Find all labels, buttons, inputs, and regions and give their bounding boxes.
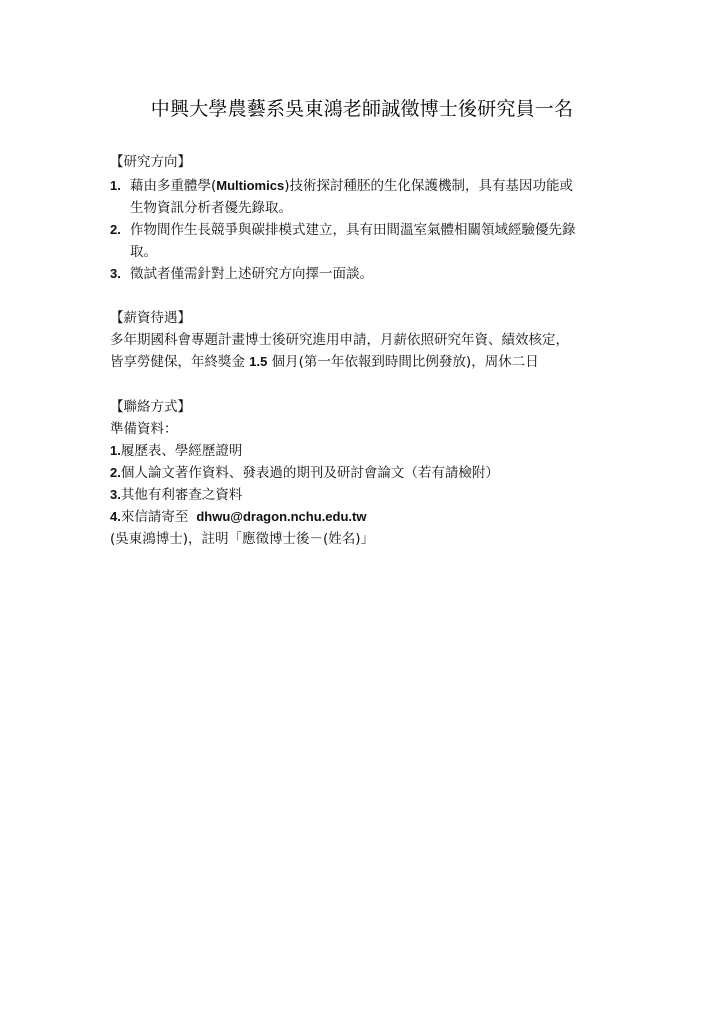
contact-note: (吳東鴻博士)，註明「應徵博士後－(姓名)」 bbox=[110, 529, 374, 549]
contact-item-4: 4.來信請寄至dhwu@dragon.nchu.edu.tw bbox=[110, 507, 366, 527]
item-number: 3. bbox=[110, 264, 130, 284]
salary-text-pre: 皆享勞健保，年終獎金 bbox=[110, 354, 249, 370]
item-text-pre: 藉由多重體學( bbox=[130, 178, 216, 194]
item-number: 2. bbox=[110, 220, 130, 240]
item-text-latin: Multiomics bbox=[216, 178, 284, 193]
salary-heading: 【薪資待遇】 bbox=[110, 308, 191, 328]
research-item-1: 1.藉由多重體學(Multiomics)技術探討種胚的生化保護機制，具有基因功能… bbox=[110, 176, 573, 196]
research-item-3: 3.徵試者僅需針對上述研究方向擇一面談。 bbox=[110, 264, 373, 284]
research-heading: 【研究方向】 bbox=[110, 152, 191, 172]
document-title: 中興大學農藝系吳東鴻老師誠徵博士後研究員一名 bbox=[0, 96, 724, 122]
item-number: 2. bbox=[110, 465, 121, 480]
item-number: 4. bbox=[110, 509, 121, 524]
contact-heading: 【聯絡方式】 bbox=[110, 397, 191, 417]
contact-item-1: 1.履歷表、學經歷證明 bbox=[110, 441, 242, 461]
item-number: 1. bbox=[110, 176, 130, 196]
email-link[interactable]: dhwu@dragon.nchu.edu.tw bbox=[196, 509, 366, 524]
item-text: 履歷表、學經歷證明 bbox=[121, 443, 243, 459]
item-number: 1. bbox=[110, 443, 121, 458]
contact-item-2: 2.個人論文著作資料、發表過的期刊及研討會論文（若有請檢附） bbox=[110, 463, 499, 483]
item-number: 3. bbox=[110, 487, 121, 502]
item-text: 徵試者僅需針對上述研究方向擇一面談。 bbox=[130, 266, 373, 282]
item-text: 來信請寄至 bbox=[121, 509, 189, 525]
bonus-months: 1.5 bbox=[249, 354, 267, 369]
item-text: 個人論文著作資料、發表過的期刊及研討會論文（若有請檢附） bbox=[121, 465, 499, 481]
item-text-post: )技術探討種胚的生化保護機制，具有基因功能或 bbox=[284, 178, 573, 194]
research-item-2: 2.作物間作生長競爭與碳排模式建立，具有田間溫室氣體相關領域經驗優先錄 bbox=[110, 220, 576, 240]
contact-item-3: 3.其他有利審查之資料 bbox=[110, 485, 242, 505]
research-item-2-cont: 取。 bbox=[130, 242, 157, 262]
document-page: 中興大學農藝系吳東鴻老師誠徵博士後研究員一名 【研究方向】 1.藉由多重體學(M… bbox=[0, 0, 724, 1024]
research-item-1-cont: 生物資訊分析者優先錄取。 bbox=[130, 198, 292, 218]
salary-text-post: 個月(第一年依報到時間比例發放)，周休二日 bbox=[267, 354, 538, 370]
salary-line-2: 皆享勞健保，年終獎金 1.5 個月(第一年依報到時間比例發放)，周休二日 bbox=[110, 352, 539, 372]
item-text: 作物間作生長競爭與碳排模式建立，具有田間溫室氣體相關領域經驗優先錄 bbox=[130, 222, 576, 238]
prep-label: 準備資料： bbox=[110, 419, 178, 439]
salary-line-1: 多年期國科會專題計畫博士後研究進用申請，月薪依照研究年資、績效核定， bbox=[110, 330, 569, 350]
item-text: 其他有利審查之資料 bbox=[121, 487, 243, 503]
